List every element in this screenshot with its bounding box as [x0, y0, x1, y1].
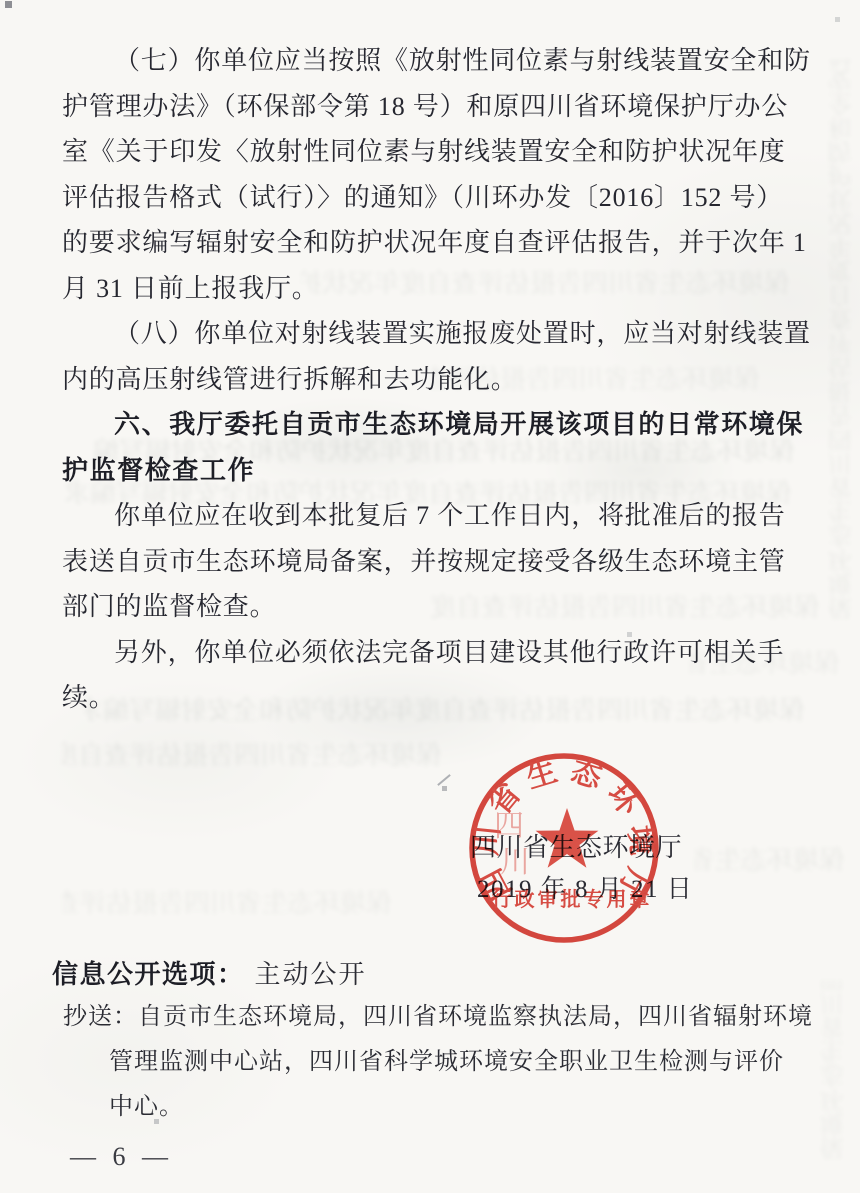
body-line: 月 31 日前上报我厅。 — [62, 266, 811, 312]
bleedthrough-artifact: 保境环态生省川四告报估评查自度年况状护防和全安射辐写编求要位单你照按当应管监督检… — [62, 740, 442, 772]
cc-text: 自贡市生态环境局，四川省环境监察执法局，四川省辐射环境 — [138, 1004, 813, 1030]
body-line: （八）你单位对射线装置实施报废处置时，应当对射线装置 — [62, 311, 811, 357]
seal-star-icon — [536, 808, 599, 868]
document-body: （七）你单位应当按照《放射性同位素与射线装置安全和防 护管理办法》（环保部令第 … — [62, 38, 811, 721]
seal-arc-char: 环 — [601, 777, 646, 822]
cc-block: 抄送：自贡市生态环境局，四川省环境监察执法局，四川省辐射环境 管理监测中心站，四… — [63, 995, 813, 1130]
seal-arc-char: 生 — [523, 755, 561, 795]
body-line: 评估报告格式（试行）〉的通知》（川环办发〔2016〕152 号） — [62, 175, 811, 221]
body-line: （七）你单位应当按照《放射性同位素与射线装置安全和防 — [62, 38, 811, 84]
cc-label: 抄送： — [63, 1004, 138, 1030]
seal-bottom-text: 行政审批专用章 — [492, 887, 653, 911]
disclosure-row: 信息公开选项：主动公开 — [52, 952, 367, 997]
disclosure-label: 信息公开选项： — [52, 959, 245, 989]
cc-line: 中心。 — [63, 1085, 813, 1130]
body-line: 你单位应在收到本批复后 7 个工作日内，将批准后的报告 — [62, 493, 811, 539]
seal-arc-char: 境 — [622, 824, 659, 857]
body-line: 另外，你单位必须依法完备项目建设其他行政许可相关手 — [62, 630, 811, 676]
disclosure-value: 主动公开 — [255, 960, 367, 989]
cc-line: 抄送：自贡市生态环境局，四川省环境监察执法局，四川省辐射环境 — [63, 995, 813, 1040]
body-line: 续。 — [62, 675, 811, 721]
official-seal-stamp: 四川省生态环境厅 四 川 行政审批专用章 — [464, 748, 664, 948]
bleedthrough-artifact: 保境环态生省川四告报估评查自度年况状护防和全安射辐写编求要位单你照按当应管监督检… — [695, 845, 845, 877]
page-number: — 6 — — [70, 1134, 173, 1179]
bleedthrough-artifact: 保境环态生省川四告报估评查自度年况状护防和全安射辐写编求要位单你照按当应管监督检… — [812, 980, 846, 1160]
body-line: 护管理办法》（环保部令第 18 号）和原四川省环境保护厅办公 — [62, 84, 811, 130]
scan-slash-artifact — [437, 774, 451, 786]
cc-line: 管理监测中心站，四川省科学城环境安全职业卫生检测与评价 — [63, 1040, 813, 1085]
section-heading-line: 护监督检查工作 — [62, 448, 811, 494]
scan-speck-artifacts — [0, 0, 3, 3]
body-line: 部门的监督检查。 — [62, 584, 811, 630]
seal-ghost-char: 川 — [500, 846, 530, 879]
bleedthrough-artifact: 保境环态生省川四告报估评查自度年况状护防和全安射辐写编求要位单你照按当应管监督检… — [820, 60, 854, 620]
body-line: 内的高压射线管进行拆解和去功能化。 — [62, 357, 811, 403]
body-line: 的要求编写辐射安全和防护状况年度自查评估报告，并于次年 1 — [62, 220, 811, 266]
bleedthrough-artifact: 保境环态生省川四告报估评查自度年况状护防和全安射辐写编求要位单你照按当应管监督检… — [62, 888, 392, 920]
body-line: 表送自贡市生态环境局备案，并按规定接受各级生态环境主管 — [62, 539, 811, 585]
seal-ghost-char: 四 — [494, 810, 524, 843]
section-heading-line: 六、我厅委托自贡市生态环境局开展该项目的日常环境保 — [62, 402, 811, 448]
document-page: 保境环态生省川四告报估评查自度年况状护防和全安射辐写编求要位单你照按当应管监督检… — [0, 0, 860, 1193]
body-line: 室《关于印发〈放射性同位素与射线装置安全和防护状况年度 — [62, 129, 811, 175]
